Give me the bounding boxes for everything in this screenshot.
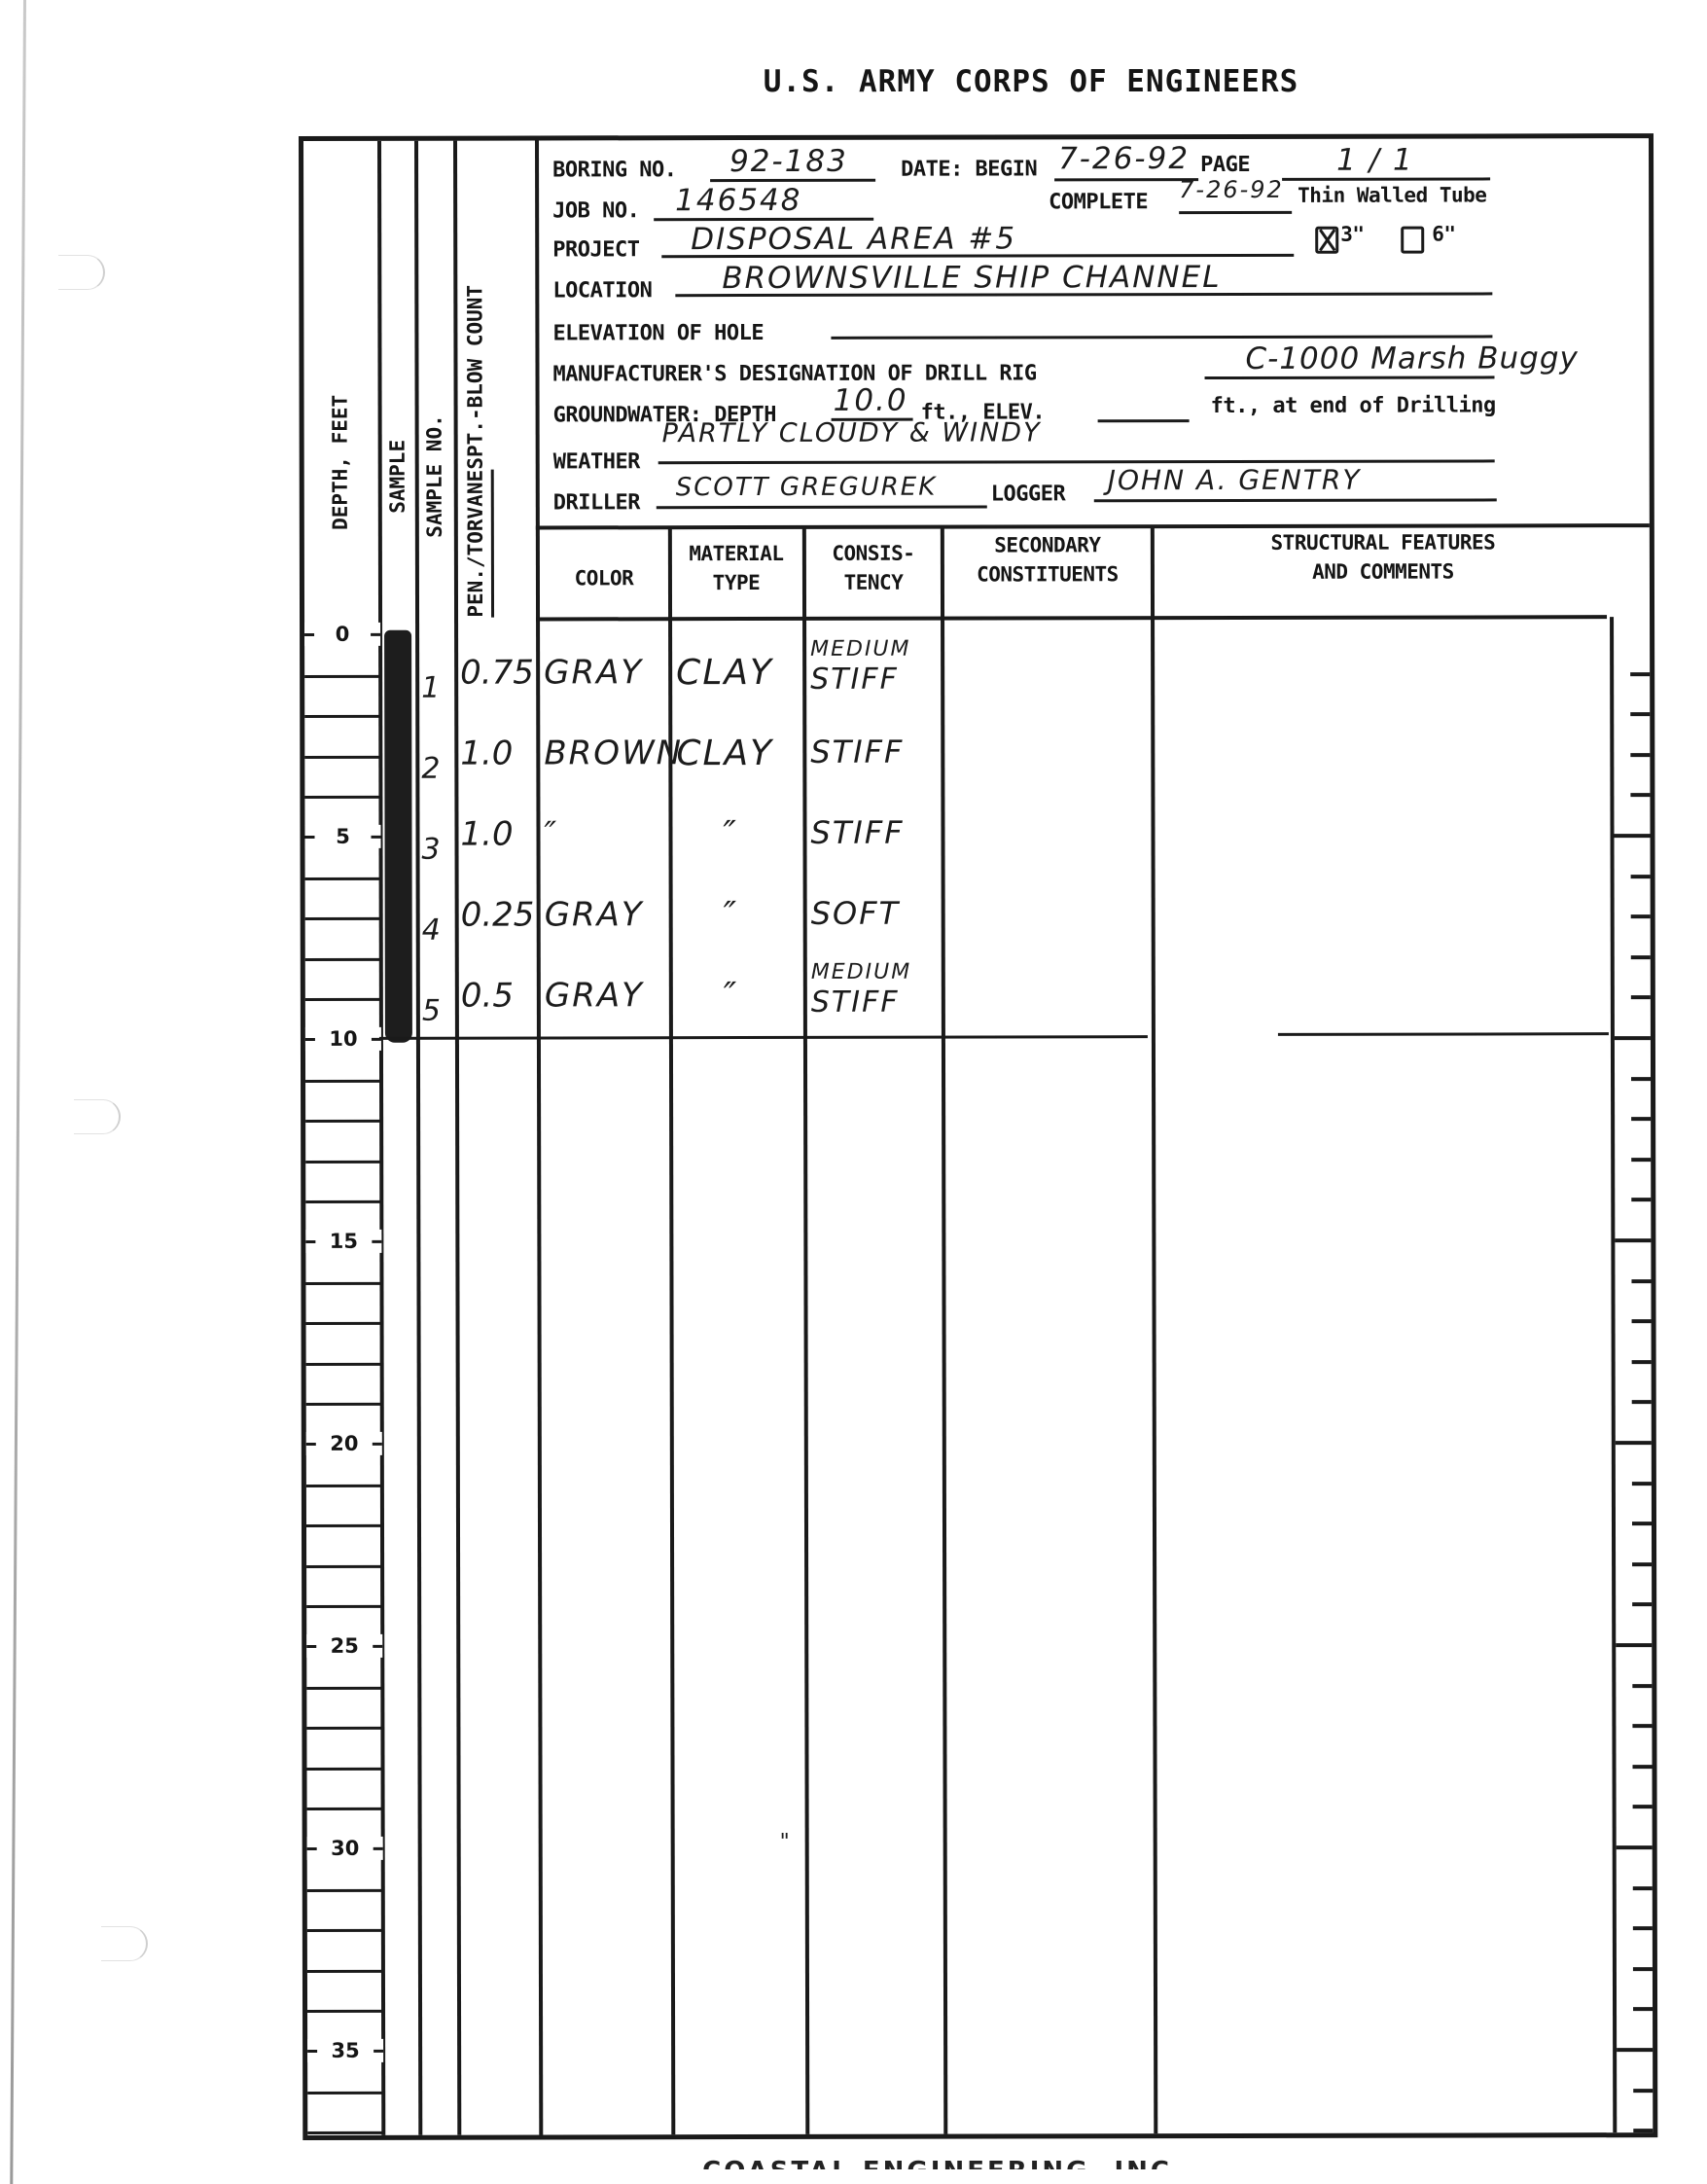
stray-ditto-mark: " (780, 1830, 792, 1854)
material-value-2: CLAY (676, 734, 773, 773)
sample-no-3: 3 (421, 833, 442, 867)
consistency-value-3: STIFF (810, 814, 904, 851)
consistency-value-2: STIFF (810, 733, 904, 770)
color-value-4: GRAY (545, 895, 644, 934)
sample-core-bar (384, 630, 412, 1043)
pen-value-1: 0.75 (460, 653, 534, 692)
material-value-1: CLAY (676, 653, 773, 693)
pen-value-5: 0.5 (461, 977, 514, 1016)
punch-hole-bottom (101, 1926, 148, 1961)
color-value-5: GRAY (545, 977, 644, 1016)
document-title: U.S. ARMY CORPS OF ENGINEERS (739, 64, 1323, 99)
sample-no-2: 2 (421, 751, 442, 785)
sample-no-5: 5 (422, 994, 443, 1028)
pen-value-2: 1.0 (460, 734, 513, 772)
paper-edge (10, 0, 26, 2184)
color-value-3: ″ (544, 814, 558, 853)
consistency-value-1-a: MEDIUM (810, 636, 910, 661)
color-value-2: BROWN (544, 734, 683, 772)
boring-log-form: DEPTH, FEET SAMPLE SAMPLE NO. PEN./TORVA… (299, 133, 1657, 2140)
punch-hole-middle (74, 1099, 121, 1134)
material-value-5: ″ (724, 976, 739, 1016)
pen-value-4: 0.25 (461, 896, 535, 935)
consistency-value-5-b: STIFF (811, 985, 900, 1020)
consistency-value-5-a: MEDIUM (811, 960, 911, 985)
pen-value-3: 1.0 (460, 815, 513, 854)
consistency-value-4: SOFT (811, 895, 901, 932)
material-value-4: ″ (724, 895, 739, 935)
color-value-1: GRAY (544, 653, 643, 692)
punch-hole-top (58, 255, 105, 290)
sample-no-4: 4 (422, 913, 443, 948)
material-value-3: ″ (723, 814, 738, 854)
consistency-value-1-b: STIFF (810, 662, 899, 696)
sample-no-1: 1 (421, 670, 442, 704)
footer-company-partial: COASTAL ENGINEERING, INC. (603, 2152, 1284, 2169)
sample-log: 10.75GRAYCLAYMEDIUMSTIFF21.0BROWNCLAYSTI… (303, 138, 1653, 2135)
